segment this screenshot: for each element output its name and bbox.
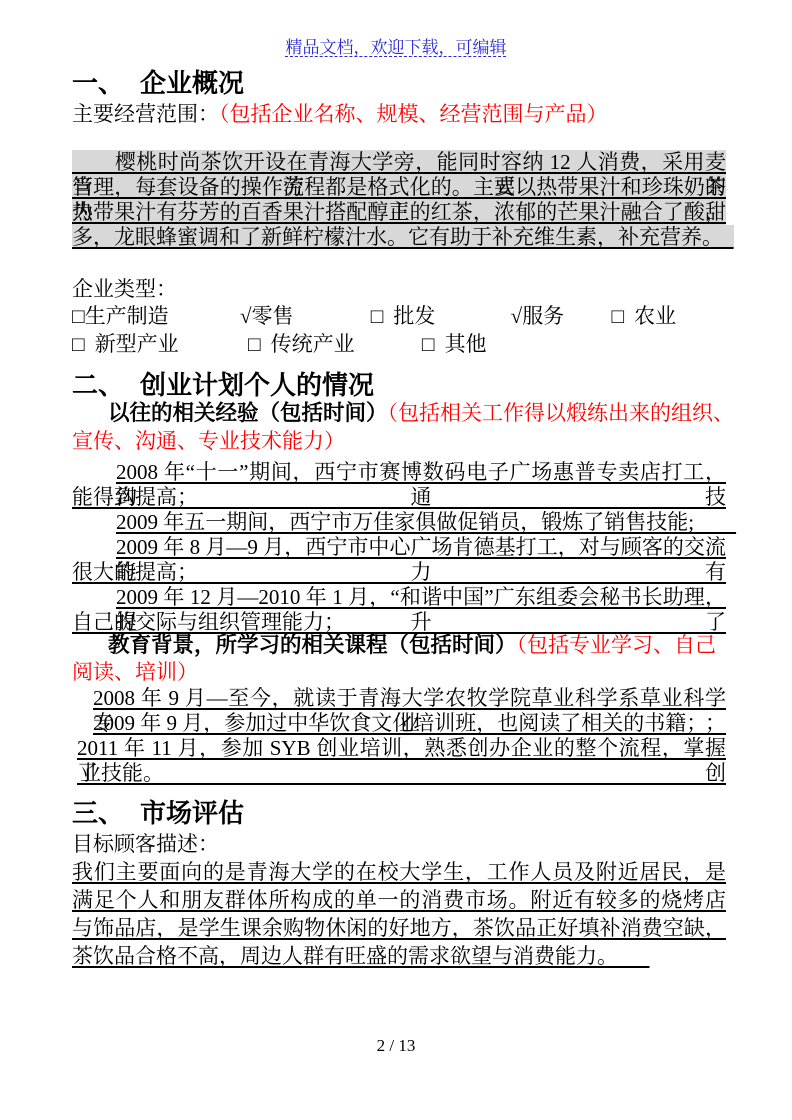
checkbox-wholesale[interactable]: □批发 — [371, 303, 436, 330]
education-note-line2: 阅读、培训） — [72, 659, 726, 686]
header-download-link[interactable]: 精品文档，欢迎下载，可编辑 — [286, 38, 507, 57]
market-line: 茶饮品合格不高，周边人群有旺盛的需求欲望与消费能力。 — [72, 942, 726, 970]
intro-line: 樱桃时尚茶饮开设在青海大学旁，能同时容纳 12 人消费，采用麦当劳式的 — [72, 150, 726, 175]
enterprise-type-row-2: □新型产业 □传统产业 □其他 — [72, 331, 726, 358]
experience-label-row: 以往的相关经验（包括时间）（包括相关工作得以煅练出来的组织、 — [72, 400, 762, 427]
market-line: 满足个人和朋友群体所构成的单一的消费市场。附近有较多的烧烤店 — [72, 886, 726, 914]
experience-item-line: 2008 年“十一”期间，西宁市赛博数码电子广场惠普专卖店打工，沟通技 — [72, 460, 726, 485]
experience-note-line2: 宣传、沟通、专业技术能力） — [72, 428, 726, 455]
checkbox-label: 传统产业 — [271, 332, 355, 356]
market-line: 我们主要面向的是青海大学的在校大学生，工作人员及附近居民，是 — [72, 858, 726, 886]
section2-title: 创业计划个人的情况 — [140, 370, 374, 400]
checkbox-label: 批发 — [393, 304, 435, 328]
intro-line-text: 多，龙眼蜂蜜调和了新鲜柠檬汁水。它有助于补充维生素，补充营养。 — [72, 225, 734, 249]
page-number: 2 / 13 — [0, 1036, 792, 1056]
intro-line: 热带果汁有芬芳的百香果汁搭配醇正的红茶，浓郁的芒果汁融合了酸甜的养乐 — [72, 200, 726, 225]
document-page: 精品文档，欢迎下载，可编辑 一、企业概况 主要经营范围：（包括企业名称、规模、经… — [0, 0, 792, 1120]
check-mark-icon: √ — [240, 303, 252, 330]
checkbox-other[interactable]: □其他 — [422, 331, 487, 358]
intro-line: 管理，每套设备的操作流程都是格式化的。主要以热带果汁和珍珠奶茶为主， — [72, 175, 726, 200]
experience-item-line: 2009 年五一期间，西宁市万佳家俱做促销员，锻炼了销售技能; — [72, 510, 726, 535]
experience-item-line: 2009 年 12 月—2010 年 1 月，“和谐中国”广东组委会秘书长助理，… — [72, 585, 726, 610]
checkbox-retail[interactable]: √零售 — [240, 303, 294, 330]
checkbox-label: 农业 — [634, 304, 676, 328]
education-label: 教育背景，所学习的相关课程（包括时间） — [108, 633, 517, 657]
education-item-line: 2011 年 11 月，参加 SYB 创业培训，熟悉创办企业的整个流程，掌握了创 — [72, 736, 726, 761]
scope-row: 主要经营范围：（包括企业名称、规模、经营范围与产品） — [72, 101, 726, 128]
checkbox-empty-icon: □ — [72, 303, 85, 330]
checkbox-agriculture[interactable]: □农业 — [611, 303, 676, 330]
checkbox-label: 其他 — [445, 332, 487, 356]
checkbox-label: 零售 — [251, 304, 293, 328]
section1-number: 一、 — [72, 68, 124, 98]
header-row: 精品文档，欢迎下载，可编辑 — [0, 33, 792, 58]
business-intro-paragraph: 樱桃时尚茶饮开设在青海大学旁，能同时容纳 12 人消费，采用麦当劳式的 管理，每… — [72, 150, 726, 250]
education-label-row: 教育背景，所学习的相关课程（包括时间）（包括专业学习、自己 — [72, 632, 762, 659]
section1-heading: 一、企业概况 — [72, 68, 726, 98]
checkbox-empty-icon: □ — [611, 303, 624, 330]
education-note-line1: （包括专业学习、自己 — [517, 633, 717, 657]
market-line: 与饰品店，是学生课余购物休闲的好地方，茶饮品正好填补消费空缺， — [72, 914, 726, 942]
scope-note: （包括企业名称、规模、经营范围与产品） — [219, 102, 608, 126]
check-mark-icon: √ — [511, 303, 523, 330]
checkbox-production[interactable]: □生产制造 — [72, 303, 169, 330]
checkbox-empty-icon: □ — [248, 331, 261, 358]
checkbox-label: 服务 — [522, 304, 564, 328]
scope-label: 主要经营范围： — [72, 102, 219, 126]
checkbox-traditional-industry[interactable]: □传统产业 — [248, 331, 355, 358]
enterprise-type-row-1: □生产制造 √零售 □批发 √服务 □农业 — [72, 303, 726, 330]
experience-note-line1: （包括相关工作得以煅练出来的组织、 — [388, 401, 735, 425]
intro-line: 多，龙眼蜂蜜调和了新鲜柠檬汁水。它有助于补充维生素，补充营养。 — [72, 225, 726, 250]
enterprise-type-label: 企业类型： — [72, 276, 726, 303]
section1-title: 企业概况 — [140, 68, 244, 98]
experience-label: 以往的相关经验（包括时间） — [108, 401, 388, 425]
section3-title: 市场评估 — [140, 798, 244, 828]
experience-item-line: 2009 年 8 月—9 月，西宁市中心广场肯德基打工，对与顾客的交流能力有 — [72, 535, 726, 560]
experience-list: 2008 年“十一”期间，西宁市赛博数码电子广场惠普专卖店打工，沟通技 能得到提… — [72, 460, 726, 635]
section2-heading: 二、创业计划个人的情况 — [72, 370, 726, 400]
education-list: 2008 年 9 月—至今，就读于青海大学农牧学院草业科学系草业科学专业； 20… — [72, 686, 726, 786]
checkbox-empty-icon: □ — [72, 331, 85, 358]
checkbox-empty-icon: □ — [371, 303, 384, 330]
market-paragraph: 我们主要面向的是青海大学的在校大学生，工作人员及附近居民，是 满足个人和朋友群体… — [72, 858, 726, 970]
education-item-line: 2008 年 9 月—至今，就读于青海大学农牧学院草业科学系草业科学专业； — [72, 686, 726, 711]
checkbox-new-industry[interactable]: □新型产业 — [72, 331, 179, 358]
checkbox-label: 生产制造 — [85, 304, 169, 328]
section3-heading: 三、市场评估 — [72, 798, 726, 828]
checkbox-empty-icon: □ — [422, 331, 435, 358]
checkbox-label: 新型产业 — [95, 332, 179, 356]
checkbox-service[interactable]: √服务 — [511, 303, 565, 330]
section3-number: 三、 — [72, 798, 124, 828]
section2-number: 二、 — [72, 370, 124, 400]
education-item-line: 2009 年 9 月，参加过中华饮食文化培训班，也阅读了相关的书籍； — [72, 711, 726, 736]
target-customer-label: 目标顾客描述： — [72, 831, 726, 858]
